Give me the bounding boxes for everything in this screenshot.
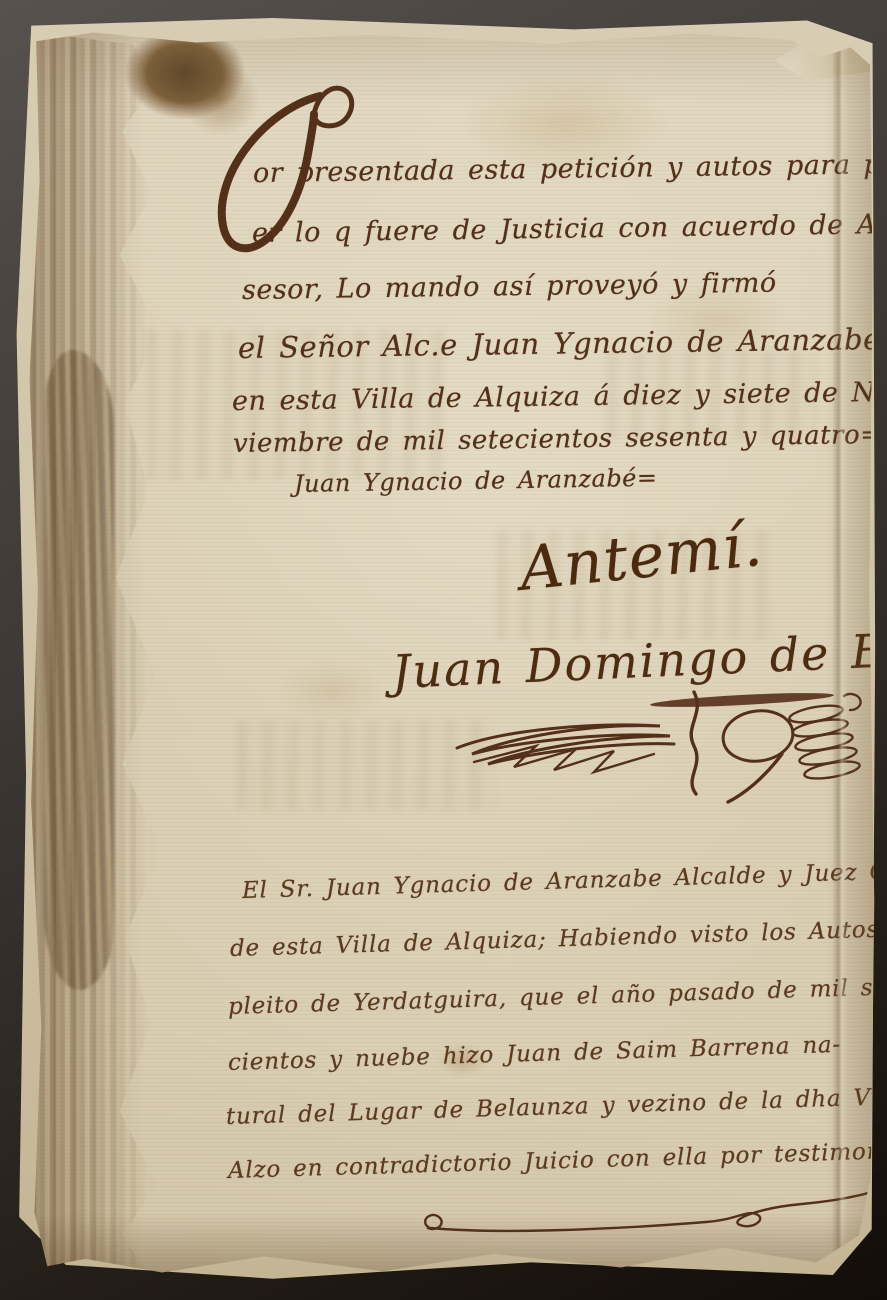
notary-signature: Juan Domingo de Elola bbox=[391, 619, 887, 699]
manuscript-page: or presentada esta petición y autos para… bbox=[26, 30, 876, 1275]
manuscript-line: viembre de mil setecientos sesenta y qua… bbox=[233, 420, 883, 459]
paper-stain bbox=[262, 650, 402, 730]
manuscript-line: tural del Lugar de Belaunza y vezino de … bbox=[226, 1082, 887, 1130]
manuscript-line: El Sr. Juan Ygnacio de Aranzabe Alcalde … bbox=[242, 856, 887, 904]
manuscript-line: en esta Villa de Alquiza á diez y siete … bbox=[232, 377, 887, 417]
photograph-of-manuscript: or presentada esta petición y autos para… bbox=[0, 0, 887, 1300]
bottom-pen-flourish-icon bbox=[406, 1182, 876, 1252]
torn-corner-patch bbox=[122, 28, 262, 146]
attestation-phrase: Antemí. bbox=[516, 510, 766, 605]
manuscript-line: pleito de Yerdatguira, que el año pasado… bbox=[228, 973, 887, 1020]
manuscript-line: de esta Villa de Alquiza; Habiendo visto… bbox=[230, 915, 887, 962]
frayed-binding-streaks bbox=[44, 350, 114, 990]
manuscript-line: cientos y nuebe hizo Juan de Saim Barren… bbox=[228, 1032, 842, 1076]
manuscript-line: sesor, Lo mando así proveyó y firmó bbox=[242, 268, 777, 306]
manuscript-line: el Señor Alc.e Juan Ygnacio de Aranzabe bbox=[238, 322, 881, 365]
manuscript-line: Juan Ygnacio de Aranzabé= bbox=[294, 464, 658, 498]
signature-rubric-flourish-icon bbox=[442, 690, 882, 820]
vertical-crease bbox=[832, 40, 848, 1265]
manuscript-line: Alzo en contradictorio Juicio con ella p… bbox=[228, 1138, 887, 1184]
